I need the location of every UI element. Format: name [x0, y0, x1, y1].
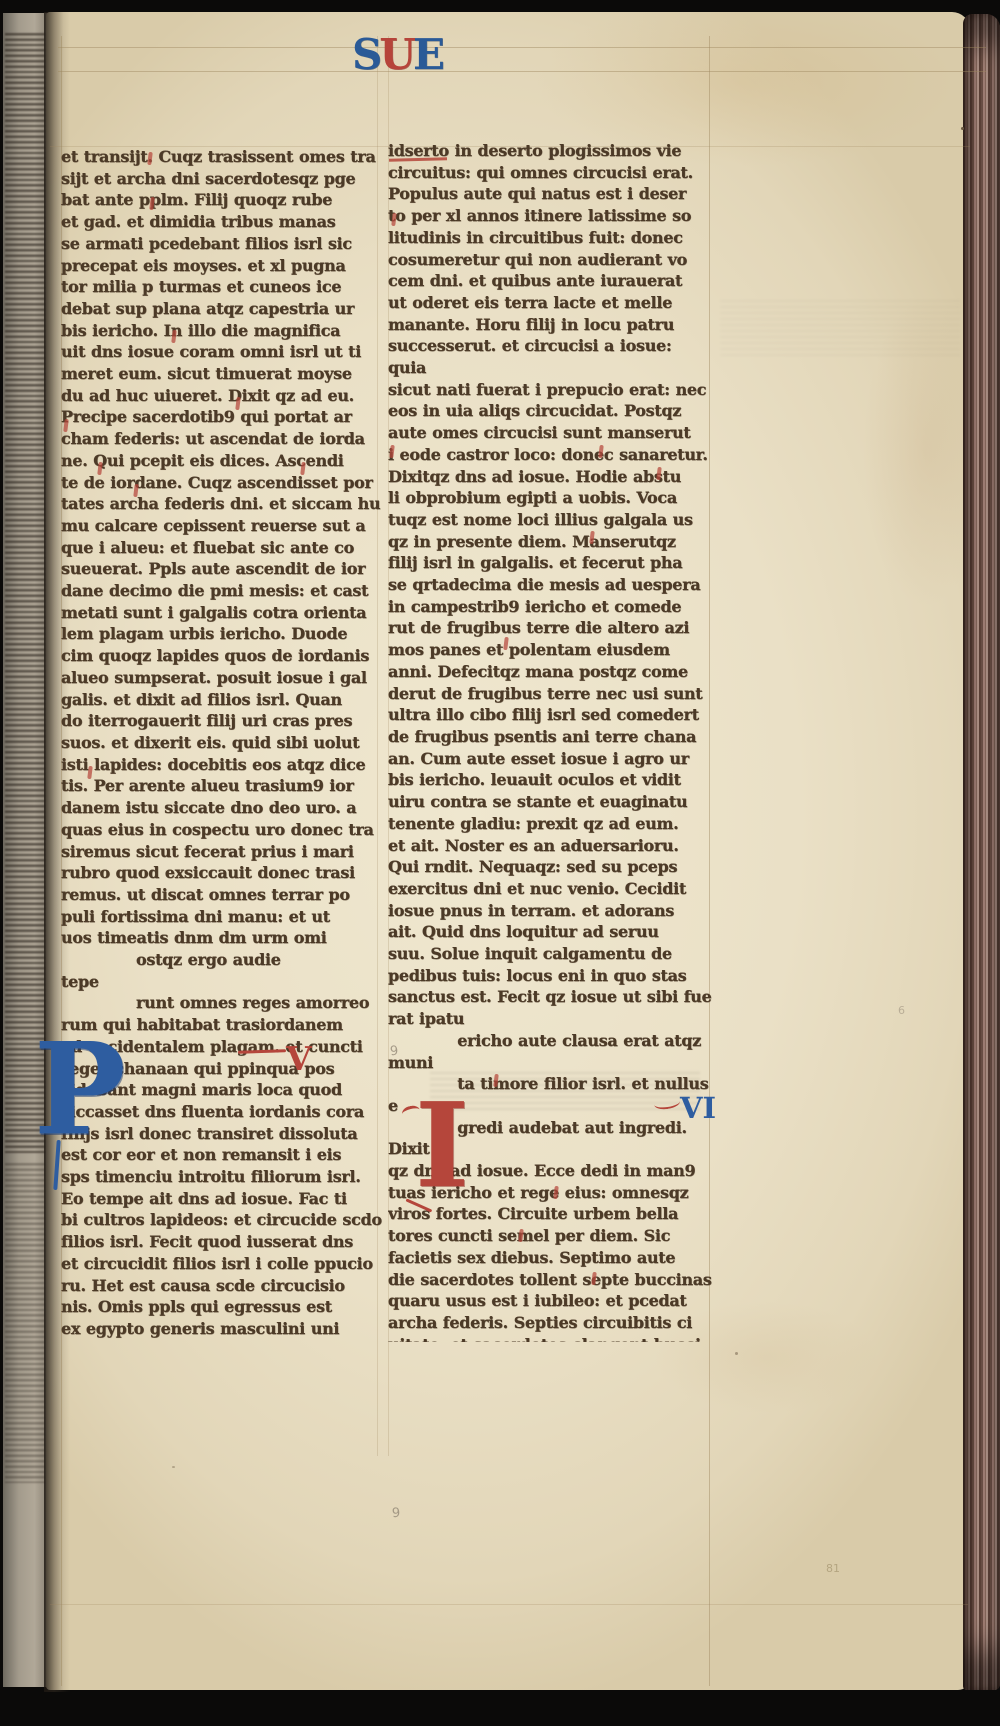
- ink-show-through: [720, 300, 960, 360]
- parchment-speck: [961, 127, 964, 130]
- parchment-speck: [172, 1466, 175, 1468]
- chapter5-initial-p: P: [34, 1026, 126, 1153]
- facing-page-text-blur: [5, 1163, 45, 1483]
- pencil-gutter-mark: 9: [391, 1506, 400, 1522]
- running-title-letter: U: [379, 30, 413, 79]
- manuscript-photo: SUE et transijt. Cuqz trasissent omes tr…: [0, 0, 1000, 1726]
- facing-page-text-blur: [5, 33, 45, 1153]
- pencil-gutter-mark: 9: [389, 1044, 399, 1060]
- ruling-line: [58, 47, 986, 48]
- fore-edge-pages: [963, 14, 1000, 1690]
- text-column-left: et transijt. Cuqz trasissent omes tra si…: [61, 146, 383, 1344]
- ruling-line: [50, 1604, 968, 1605]
- running-title-letter: E: [413, 30, 442, 79]
- chapter6-initial-i: I: [415, 1088, 469, 1204]
- pencil-margin-mark: 6: [898, 1004, 905, 1017]
- ruling-line: [58, 71, 986, 72]
- running-title: SUE: [352, 34, 442, 76]
- facing-page-edge: [3, 13, 48, 1687]
- pencil-folio-number: 81: [826, 1562, 840, 1575]
- parchment-speck: [735, 1352, 738, 1355]
- chapter6-numeral-vi: VI: [680, 1094, 716, 1123]
- running-title-letter: S: [352, 30, 379, 79]
- chapter5-numeral-v: V: [286, 1042, 312, 1075]
